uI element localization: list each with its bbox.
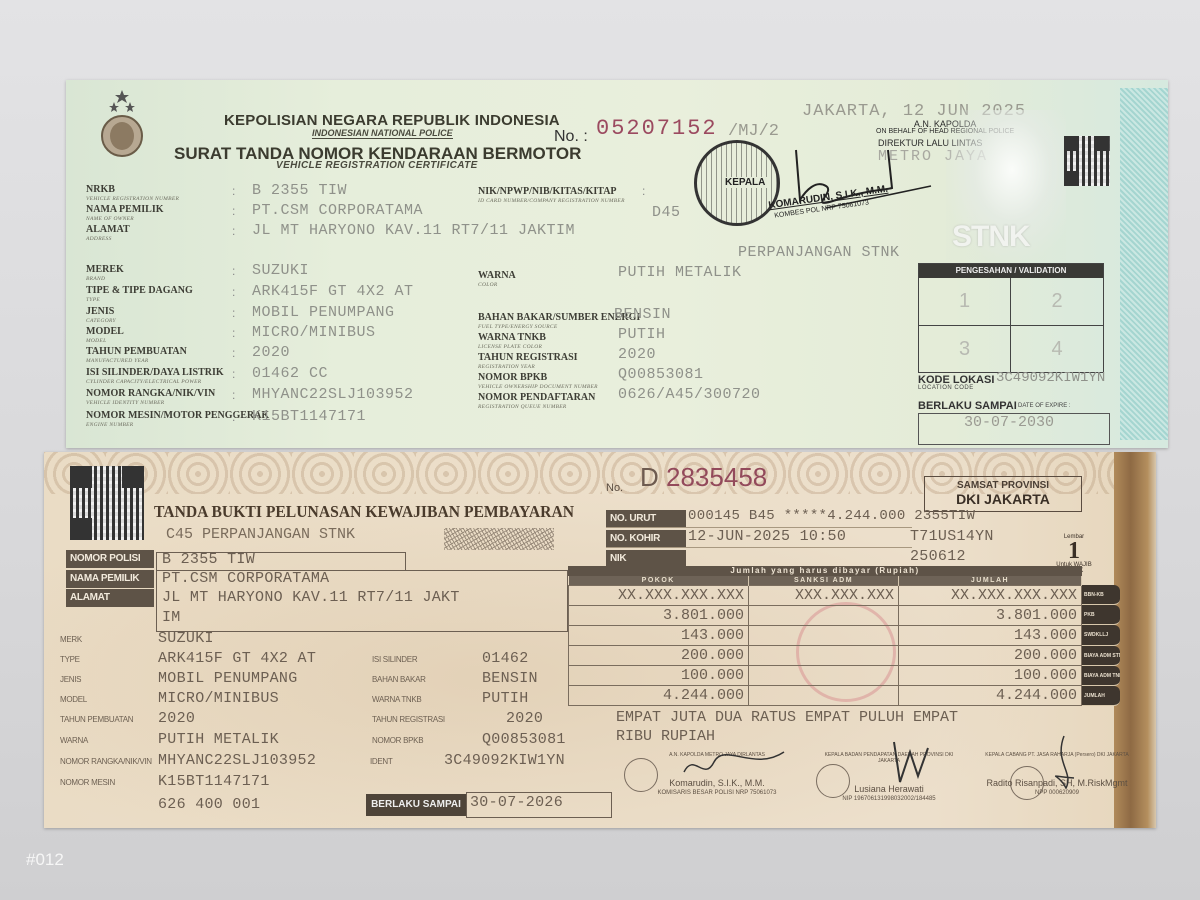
vehicle-label: NOMOR RANGKA/NIK/VIN [60, 757, 152, 766]
field-colon: : [232, 410, 235, 424]
field-value: PUTIH [618, 326, 666, 343]
column-header: SANKSI ADM [749, 576, 899, 586]
field-colon: : [232, 306, 235, 320]
field-label: NOMOR MESIN/MOTOR PENGGERAK [86, 410, 269, 421]
field-sublabel: REGISTRATION QUEUE NUMBER [478, 404, 567, 410]
payment-sanksi-cell [749, 646, 899, 666]
payment-rows: XX.XXX.XXX.XXXXXX.XXX.XXXXX.XXX.XXX.XXX3… [569, 586, 1082, 706]
column-header: JUMLAH [899, 576, 1082, 586]
receipt-number: D 2835458 [640, 462, 767, 493]
field-label: TIPE & TIPE DAGANG [86, 285, 193, 296]
field-label: NOMOR PENDAFTARAN [478, 392, 595, 403]
location-code-sub: LOCATION CODE [918, 385, 974, 391]
field-sublabel: FUEL TYPE/ENERGY SOURCE [478, 324, 558, 330]
field-sublabel: ADDRESS [86, 236, 112, 242]
expiry-label: BERLAKU SAMPAI [918, 400, 1017, 412]
police-emblem-icon [100, 88, 144, 158]
valid-until-label: BERLAKU SAMPAI [366, 794, 466, 816]
field-colon: : [232, 224, 235, 238]
field-colon: : [232, 367, 235, 381]
field-value: 2020 [618, 346, 656, 363]
nik-colon: : [642, 184, 645, 198]
field-label: WARNA [478, 270, 516, 281]
tax-payment-receipt: TANDA BUKTI PELUNASAN KEWAJIBAN PEMBAYAR… [44, 452, 1156, 828]
field-sublabel: VEHICLE REGISTRATION NUMBER [86, 196, 179, 202]
vehicle-value: Q00853081 [482, 731, 566, 748]
field-value: MOBIL PENUMPANG [252, 304, 395, 321]
field-value: MICRO/MINIBUS [252, 324, 376, 341]
qr-code-icon [1064, 136, 1110, 186]
address-value-cont: IM [162, 609, 181, 626]
vehicle-value: 01462 [482, 650, 529, 667]
field-label: ALAMAT [86, 224, 130, 235]
vehicle-label: TAHUN PEMBUATAN [60, 715, 133, 724]
payment-row-label: JUMLAH [1082, 686, 1120, 706]
payment-header-row: POKOK SANKSI ADM JUMLAH [569, 576, 1082, 586]
validation-cell-4: 4 [1011, 326, 1103, 374]
owner-name-value: PT.CSM CORPORATAMA [162, 570, 329, 587]
field-colon: : [232, 285, 235, 299]
payment-jumlah-cell: 143.000 [899, 626, 1082, 646]
samsat-line-1: SAMSAT PROVINSI [925, 480, 1081, 491]
field-value: PT.CSM CORPORATAMA [252, 202, 423, 219]
vehicle-value: K15BT1147171 [158, 773, 270, 790]
vehicle-value: SUZUKI [158, 630, 214, 647]
payment-pokok-cell: 200.000 [569, 646, 749, 666]
field-colon: : [232, 264, 235, 278]
field-value: B 2355 TIW [252, 182, 347, 199]
payment-row: XX.XXX.XXX.XXXXXX.XXX.XXXXX.XXX.XXX.XXX [569, 586, 1082, 606]
field-value: 0626/A45/300720 [618, 386, 761, 403]
vehicle-label: NOMOR MESIN [60, 778, 115, 787]
field-sublabel: TYPE [86, 297, 100, 303]
vehicle-label: ISI SILINDER [372, 655, 417, 664]
samsat-box: SAMSAT PROVINSI DKI JAKARTA [924, 476, 1082, 512]
payment-row-label: SWDKLLJ [1082, 625, 1120, 645]
field-label: NOMOR BPKB [478, 372, 547, 383]
vehicle-value: PUTIH METALIK [158, 731, 279, 748]
copy-number: 1 [1050, 540, 1098, 562]
field-label: TAHUN REGISTRASI [478, 352, 578, 363]
amount-in-words-line-1: EMPAT JUTA DUA RATUS EMPAT PULUH EMPAT [616, 708, 958, 727]
vehicle-value: MOBIL PENUMPANG [158, 670, 298, 687]
vehicle-label: MODEL [60, 695, 87, 704]
receipt-number-prefix: D [640, 462, 659, 492]
field-sublabel: MANUFACTURED YEAR [86, 358, 149, 364]
kohir-extra: T71US14YN [910, 528, 994, 545]
vehicle-label: NOMOR BPKB [372, 736, 423, 745]
serial-number-label: No. : [554, 128, 588, 146]
signatures-icon [674, 732, 1094, 792]
field-sublabel: LICENSE PLATE COLOR [478, 344, 542, 350]
payment-jumlah-cell: 4.244.000 [899, 686, 1082, 706]
field-colon: : [232, 184, 235, 198]
stnk-logo: STNK [952, 220, 1030, 254]
field-sublabel: VEHICLE IDENTITY NUMBER [86, 400, 164, 406]
nik-label: NIK/NPWP/NIB/KITAS/KITAP [478, 186, 617, 197]
plate-number-value: B 2355 TIW [162, 551, 255, 568]
extra-codes: 626 400 001 [158, 796, 260, 813]
institution-name: KEPOLISIAN NEGARA REPUBLIK INDONESIA [224, 112, 560, 129]
receipt-number-label: No. [606, 482, 623, 494]
validation-cell-2: 2 [1011, 278, 1103, 326]
field-value: K15BT1147171 [252, 408, 366, 425]
expiry-sub: DATE OF EXPIRE : [1018, 403, 1071, 409]
samsat-line-2: DKI JAKARTA [925, 491, 1081, 507]
address-label: ALAMAT [66, 589, 154, 607]
payment-row: 100.000100.000 [569, 666, 1082, 686]
vehicle-label: WARNA [60, 736, 88, 745]
payment-row: 4.244.0004.244.000 [569, 686, 1082, 706]
service-type: PERPANJANGAN STNK [738, 244, 900, 261]
photo-tag: #012 [26, 850, 64, 870]
kohir-number-value: 12-JUN-2025 10:50 [688, 528, 846, 545]
field-label: NRKB [86, 184, 115, 195]
field-label: MODEL [86, 326, 124, 337]
validation-grid: 1 2 3 4 [919, 278, 1103, 373]
nik-code: D45 [652, 204, 681, 221]
vehicle-value: PUTIH [482, 690, 529, 707]
payment-pokok-cell: 4.244.000 [569, 686, 749, 706]
validation-cell-1: 1 [919, 278, 1011, 326]
payment-row-label: BIAYA ADM TNKB [1082, 666, 1120, 686]
field-sublabel: REGISTRATION YEAR [478, 364, 535, 370]
vehicle-value: ARK415F GT 4X2 AT [158, 650, 316, 667]
field-sublabel: ENGINE NUMBER [86, 422, 133, 428]
field-label: NOMOR RANGKA/NIK/VIN [86, 388, 215, 399]
nik-sub: ID CARD NUMBER/COMPANY REGISTRATION NUMB… [478, 198, 625, 204]
payment-sanksi-cell [749, 666, 899, 686]
payment-jumlah-cell: 3.801.000 [899, 606, 1082, 626]
vehicle-value: MICRO/MINIBUS [158, 690, 279, 707]
payment-sanksi-cell [749, 626, 899, 646]
field-value: PUTIH METALIK [618, 264, 742, 281]
security-band [1120, 88, 1168, 440]
field-value: JL MT HARYONO KAV.11 RT7/11 JAKTIM [252, 222, 575, 239]
field-sublabel: COLOR [478, 282, 498, 288]
address-value: JL MT HARYONO KAV.11 RT7/11 JAKT [162, 589, 460, 606]
nik-extra: 250612 [910, 548, 966, 565]
field-sublabel: VEHICLE OWNERSHIP DOCUMENT NUMBER [478, 384, 598, 390]
field-label: ISI SILINDER/DAYA LISTRIK [86, 367, 224, 378]
receipt-title: TANDA BUKTI PELUNASAN KEWAJIBAN PEMBAYAR… [154, 502, 574, 522]
vehicle-value: BENSIN [482, 670, 538, 687]
payment-sanksi-cell: XXX.XXX.XXX [749, 586, 899, 606]
payment-row: 143.000143.000 [569, 626, 1082, 646]
payment-sanksi-cell [749, 606, 899, 626]
institution-name-en: INDONESIAN NATIONAL POLICE [312, 128, 453, 139]
payment-sanksi-cell [749, 686, 899, 706]
payment-row-labels: BBN-KBPKBSWDKLLJBIAYA ADM STNKBIAYA ADM … [1082, 585, 1120, 706]
payment-row-label: PKB [1082, 605, 1120, 625]
field-label: TAHUN PEMBUATAN [86, 346, 187, 357]
payment-pokok-cell: 143.000 [569, 626, 749, 646]
vehicle-label: TYPE [60, 655, 80, 664]
field-value: BENSIN [614, 306, 671, 323]
payment-row: 3.801.0003.801.000 [569, 606, 1082, 626]
vehicle-value: 2020 [506, 710, 543, 727]
validation-cell-3: 3 [919, 326, 1011, 374]
field-value: 01462 CC [252, 365, 328, 382]
validation-box: PENGESAHAN / VALIDATION 1 2 3 4 [918, 263, 1104, 373]
expiry-value: 30-07-2030 [964, 414, 1054, 431]
field-sublabel: MODEL [86, 338, 106, 344]
field-colon: : [232, 346, 235, 360]
valid-until-value: 30-07-2026 [470, 794, 563, 811]
plate-number-label: NOMOR POLISI [66, 550, 154, 568]
field-label: WARNA TNKB [478, 332, 546, 343]
vehicle-label: TAHUN REGISTRASI [372, 715, 445, 724]
vehicle-label: JENIS [60, 675, 81, 684]
column-header: POKOK [569, 576, 749, 586]
field-colon: : [232, 204, 235, 218]
field-label: MEREK [86, 264, 124, 275]
vehicle-label: BAHAN BAKAR [372, 675, 426, 684]
location-code-value: 3C49092KIW1YN [996, 370, 1105, 386]
signatory-nip: NIP 196706131998032002/184485 [814, 796, 964, 802]
payment-pokok-cell: 3.801.000 [569, 606, 749, 626]
receipt-number-value: 2835458 [666, 462, 767, 492]
vehicle-value: MHYANC22SLJ103952 [158, 752, 316, 769]
serial-number: 05207152 [596, 116, 718, 141]
vehicle-label: MERK [60, 635, 82, 644]
payment-pokok-cell: 100.000 [569, 666, 749, 686]
field-sublabel: NAME OF OWNER [86, 216, 134, 222]
document-title-en: VEHICLE REGISTRATION CERTIFICATE [276, 160, 478, 171]
field-value: MHYANC22SLJ103952 [252, 386, 414, 403]
field-value: SUZUKI [252, 262, 309, 279]
owner-name-label: NAMA PEMILIK [66, 570, 154, 588]
field-colon: : [232, 326, 235, 340]
vehicle-value: 2020 [158, 710, 195, 727]
stamp-text: KEPALA [723, 177, 767, 188]
vehicle-label: WARNA TNKB [372, 695, 421, 704]
field-value: ARK415F GT 4X2 AT [252, 283, 414, 300]
payment-jumlah-cell: XX.XXX.XXX.XXX [899, 586, 1082, 606]
vehicle-value: 3C49092KIW1YN [444, 752, 565, 769]
stnk-certificate: KEPOLISIAN NEGARA REPUBLIK INDONESIA IND… [66, 80, 1168, 448]
receipt-subtitle: C45 PERPANJANGAN STNK [166, 526, 355, 543]
validation-title: PENGESAHAN / VALIDATION [919, 264, 1103, 278]
field-label: NAMA PEMILIK [86, 204, 164, 215]
payment-jumlah-cell: 100.000 [899, 666, 1082, 686]
queue-number-value: 000145 B45 *****4.244.000 2355TIW [688, 508, 975, 524]
field-value: 2020 [252, 344, 290, 361]
vehicle-label: IDENT [370, 757, 393, 766]
field-value: Q00853081 [618, 366, 704, 383]
field-sublabel: CYLINDER CAPACITY/ELECTRICAL POWER [86, 379, 201, 385]
payment-row-label: BIAYA ADM STNK [1082, 646, 1120, 666]
security-hatch [444, 528, 554, 550]
payment-table: POKOK SANKSI ADM JUMLAH XX.XXX.XXX.XXXXX… [568, 576, 1082, 706]
payment-row-label: BBN-KB [1082, 585, 1120, 605]
field-label: JENIS [86, 306, 114, 317]
payment-row: 200.000200.000 [569, 646, 1082, 666]
field-colon: : [232, 388, 235, 402]
payment-pokok-cell: XX.XXX.XXX.XXX [569, 586, 749, 606]
qr-code-icon [70, 466, 144, 540]
field-sublabel: BRAND [86, 276, 105, 282]
field-sublabel: CATEGORY [86, 318, 116, 324]
payment-jumlah-cell: 200.000 [899, 646, 1082, 666]
payment-title: Jumlah yang harus dibayar (Rupiah) [568, 566, 1082, 576]
